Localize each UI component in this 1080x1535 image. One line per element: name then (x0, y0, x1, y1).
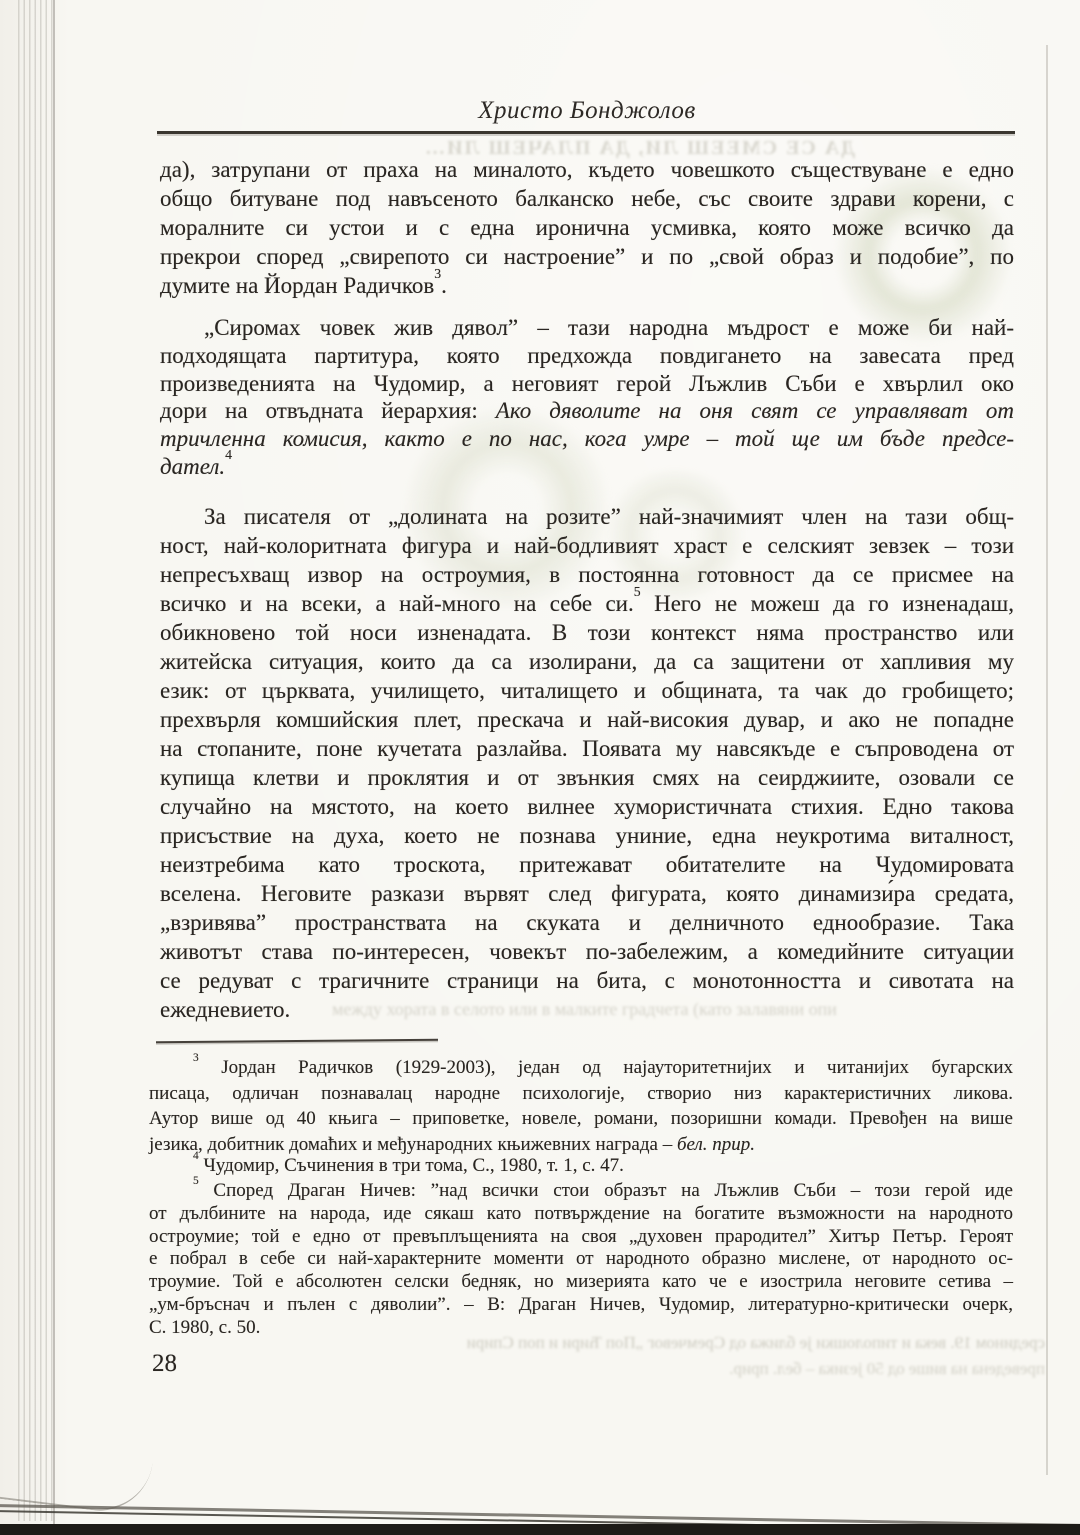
text-line: да), затрупани от праха на миналото, къд… (160, 155, 1014, 184)
text-run: думите на Йордан Радичков (160, 273, 434, 298)
text-line: моралните си устои и с една иронична усм… (160, 213, 1014, 242)
text-line: житейска ситуация, които да са изолирани… (160, 647, 1014, 676)
text-run: вселена. Неговите разкази вървят след фи… (160, 881, 1014, 906)
text-line: прехвърля комшийския плет, прескача и на… (160, 705, 1014, 734)
text-line: купища клетви и проклятия и от звънкия с… (160, 763, 1014, 792)
text-run: Јордан Радичков (1929-2003), један од на… (199, 1057, 1013, 1078)
footnote-reference: 4 (225, 447, 232, 462)
text-run: общо битуване под навъсеното балканско н… (160, 186, 1014, 211)
text-run: Според Драган Ничев: ”над всички стои об… (199, 1180, 1013, 1201)
bleedthrough-text-line: преведена на више од 50 језика – бел. пр… (300, 1359, 1045, 1379)
text-run: ност, най-колоритната фигура и най-бодли… (160, 533, 1014, 558)
text-run: „ум-бръснач и пълен с дяволии”. – В: Дра… (149, 1294, 1013, 1315)
text-line: 3 Јордан Радичков (1929-2003), један од … (149, 1055, 1013, 1081)
text-line: За писателя от „долината на розите” най-… (160, 502, 1014, 531)
text-run: житейска ситуация, които да са изолирани… (160, 649, 1014, 674)
text-line: от дълбините на народа, иде сякаш като п… (149, 1203, 1013, 1226)
footnote-separator-rule (156, 1039, 438, 1043)
header-rule (157, 131, 1015, 134)
text-line: Аутор више од 40 књига – приповетке, нов… (149, 1106, 1013, 1132)
book-page-edges (14, 0, 54, 1521)
text-line: „ум-бръснач и пълен с дяволии”. – В: Дра… (149, 1294, 1013, 1317)
text-run: Ако дяволите на оня свят се управляват о… (496, 398, 1014, 423)
text-line: дател.4 (160, 453, 1014, 481)
text-run: Чудомир, Съчинения в три тома, С., 1980,… (199, 1155, 624, 1176)
text-run: остроумие; той е едно от превъплъщенията… (149, 1226, 1013, 1247)
text-run: прекрои според „свирепото си настроение”… (160, 244, 1014, 269)
text-line: животът става по-интересен, човекът по-з… (160, 937, 1014, 966)
text-line: ежедневието. (160, 995, 1014, 1024)
scanned-page: ДА СЕ СМЕЕШ ЛИ, ДА ПЛАЧЕШ ЛИ… между хора… (0, 0, 1080, 1535)
text-line: „Сиромах човек жив дявол” – тази народна… (160, 314, 1014, 342)
text-line: случайно на мястото, на което вилнее хум… (160, 792, 1014, 821)
text-run: подходящата партитура, която предхожда п… (160, 343, 1014, 368)
text-run: обикновено той носи изненадата. В този к… (160, 620, 1014, 645)
text-run: језика, добитник домаћих и међународних … (149, 1134, 677, 1155)
text-line: писаца, одличан познавалац народне психо… (149, 1081, 1013, 1107)
text-run: бел. прир. (677, 1134, 755, 1155)
footnote: 5 Според Драган Ничев: ”над всички стои … (149, 1180, 1013, 1340)
text-line: език: от църквата, училището, читалището… (160, 676, 1014, 705)
text-run: прехвърля комшийския плет, прескача и на… (160, 707, 1014, 732)
text-line: С. 1980, с. 50. (149, 1317, 1013, 1340)
text-run: да), затрупани от праха на миналото, къд… (160, 157, 1014, 182)
text-line: тричленна комисия, както е по нас, кога … (160, 425, 1014, 453)
text-run: дател. (160, 454, 225, 479)
text-line: остроумие; той е едно от превъплъщенията… (149, 1226, 1013, 1249)
footnote-reference: 3 (434, 266, 441, 281)
text-run: Аутор више од 40 књига – приповетке, нов… (149, 1108, 1013, 1129)
text-run: . (441, 273, 447, 298)
text-line: всичко и на всеки, а най-много на себе с… (160, 589, 1014, 618)
text-line: дори на отвъдната йерархия: Ако дяволите… (160, 397, 1014, 425)
text-run: неизтребима като троскота, притежават об… (160, 852, 1014, 877)
footnote-reference: 4 (193, 1150, 199, 1162)
text-run: произведенията на Чудомир, а неговият ге… (160, 371, 1014, 396)
text-line: „взривява” пространствата на скуката и д… (160, 908, 1014, 937)
text-run: от дълбините на народа, иде сякаш като п… (149, 1203, 1013, 1224)
footnote: 4 Чудомир, Съчинения в три тома, С., 198… (149, 1153, 1013, 1178)
text-run: всичко и на всеки, а най-много на себе с… (160, 591, 634, 616)
text-line: прекрои според „свирепото си настроение”… (160, 242, 1014, 271)
text-run: моралните си устои и с една иронична усм… (160, 215, 1014, 240)
text-line: думите на Йордан Радичков3. (160, 271, 1014, 300)
page-number: 28 (152, 1350, 177, 1378)
paragraph: „Сиромах човек жив дявол” – тази народна… (160, 314, 1014, 481)
text-run: случайно на мястото, на което вилнее хум… (160, 794, 1014, 819)
text-run: дори на отвъдната йерархия: (160, 398, 496, 423)
text-line: непресъхващ извор на остроумия, в постоя… (160, 560, 1014, 589)
text-run: на стопаните, поне кучетата разлайва. По… (160, 736, 1014, 761)
text-run: За писателя от „долината на розите” най-… (204, 504, 1014, 529)
text-run: „Сиромах човек жив дявол” – тази народна… (204, 315, 1014, 340)
text-run: ежедневието. (160, 997, 290, 1022)
text-run: купища клетви и проклятия и от звънкия с… (160, 765, 1014, 790)
footnote-reference: 5 (193, 1175, 199, 1187)
text-line: вселена. Неговите разкази вървят след фи… (160, 879, 1014, 908)
text-run: С. 1980, с. 50. (149, 1317, 260, 1338)
text-run: език: от църквата, училището, читалището… (160, 678, 1014, 703)
text-run: се редуват с трагичните страници на бита… (160, 968, 1014, 993)
text-run: троумие. Той е абсолютен селски бедняк, … (149, 1271, 1013, 1292)
text-run: е побрал в себе си най-характерните моме… (149, 1248, 1013, 1269)
text-line: 4 Чудомир, Съчинения в три тома, С., 198… (149, 1153, 1013, 1178)
footnote: 3 Јордан Радичков (1929-2003), један од … (149, 1055, 1013, 1157)
running-header-author: Христо Бонджолов (160, 97, 1014, 125)
text-line: общо битуване под навъсеното балканско н… (160, 184, 1014, 213)
text-line: се редуват с трагичните страници на бита… (160, 966, 1014, 995)
text-line: произведенията на Чудомир, а неговият ге… (160, 370, 1014, 398)
paragraph: да), затрупани от праха на миналото, къд… (160, 155, 1014, 300)
text-run: „взривява” пространствата на скуката и д… (160, 910, 1014, 935)
footnote-reference: 3 (193, 1052, 199, 1064)
text-run: непресъхващ извор на остроумия, в постоя… (160, 562, 1014, 587)
text-run: животът става по-интересен, човекът по-з… (160, 939, 1014, 964)
text-line: троумие. Той е абсолютен селски бедняк, … (149, 1271, 1013, 1294)
page-right-edge-line (1046, 45, 1048, 1475)
page-left-edge-line (53, 0, 55, 1525)
text-line: на стопаните, поне кучетата разлайва. По… (160, 734, 1014, 763)
text-line: неизтребима като троскота, притежават об… (160, 850, 1014, 879)
text-run: Него не можеш да го изненадаш, (641, 591, 1014, 616)
scanner-background-strip (0, 1524, 1080, 1535)
text-line: подходящата партитура, която предхожда п… (160, 342, 1014, 370)
text-line: обикновено той носи изненадата. В този к… (160, 618, 1014, 647)
text-line: 5 Според Драган Ничев: ”над всички стои … (149, 1180, 1013, 1203)
paragraph: За писателя от „долината на розите” най-… (160, 502, 1014, 1024)
text-line: присъствие на духа, което не познава уни… (160, 821, 1014, 850)
text-run: писаца, одличан познавалац народне психо… (149, 1083, 1013, 1104)
text-run: тричленна комисия, както е по нас, кога … (160, 426, 1014, 451)
text-run: присъствие на духа, което не познава уни… (160, 823, 1014, 848)
footnote-reference: 5 (634, 584, 641, 599)
text-line: ност, най-колоритната фигура и най-бодли… (160, 531, 1014, 560)
text-line: е побрал в себе си най-характерните моме… (149, 1248, 1013, 1271)
